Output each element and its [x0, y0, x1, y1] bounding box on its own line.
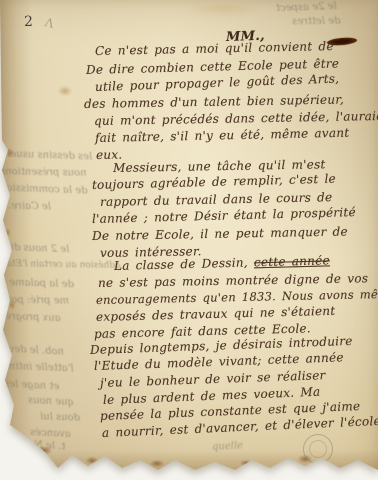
embossed-stamp-icon — [303, 434, 333, 464]
bleedthrough-text: aux progrès — [0, 311, 61, 324]
manuscript-line: eux. — [96, 148, 123, 162]
bleedthrough-text: me prié: pour — [0, 294, 69, 306]
bleedthrough-text: que nous — [28, 395, 74, 408]
manuscript-line: De notre Ecole, il ne peut manquer de — [92, 225, 348, 243]
foxing-spot — [188, 2, 258, 16]
manuscript-line: fait naître, s'il n'y eu été, même avant — [95, 126, 350, 145]
bleedthrough-text: le Caire. — [8, 201, 51, 213]
page-number: 2 — [24, 14, 33, 30]
bleedthrough-text: nob. le deux — [2, 343, 64, 357]
struck-through-text: cette année — [254, 253, 330, 269]
manuscript-scan: le 2e aspect de lettres les dessins usue… — [0, 0, 378, 480]
bleedthrough-text: nous présentions — [0, 166, 87, 179]
manuscript-line: encouragements qu'en 1833. Nous avons mê… — [96, 287, 378, 307]
manuscript-line-text: La classe de Dessin, — [114, 255, 254, 273]
faint-footer-word: quelle — [212, 440, 244, 453]
manuscript-line: des hommes d'un talent bien supérieur, — [84, 92, 344, 111]
bleedthrough-text: le 2 nous dira — [0, 242, 70, 255]
paper-left-edge — [0, 0, 32, 480]
manuscript-line: Ce n'est pas a moi qu'il convient de — [95, 39, 334, 58]
bleedthrough-text: dous lui — [40, 411, 80, 423]
bleedthrough-text: adhésion au certain l'Etat, — [0, 259, 120, 271]
paper-sheet: le 2e aspect de lettres les dessins usue… — [0, 0, 378, 480]
paper-surface: le 2e aspect de lettres les dessins usue… — [0, 0, 378, 480]
bleedthrough-text: le 2e aspect — [276, 1, 337, 14]
corner-mark: Λ — [44, 15, 55, 30]
bleedthrough-text: avancés — [30, 427, 71, 440]
bleedthrough-text: de lettres — [292, 16, 341, 28]
foxing-spot — [58, 86, 72, 96]
bleedthrough-text: t. le Nota — [18, 438, 66, 452]
